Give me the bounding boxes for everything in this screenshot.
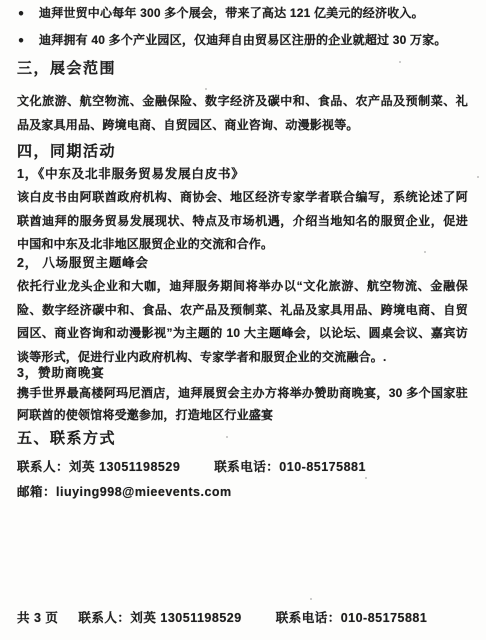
contact-person-label: 联系人： — [17, 460, 69, 475]
contact-line-person-phone: 联系人： 刘英 13051198529 联系电话： 010-85175881 — [17, 460, 468, 475]
paragraph-dinner: 携手世界最高楼阿玛尼酒店，迪拜展贸会主办方将举办赞助商晚宴，30 多个国家驻阿联… — [17, 382, 468, 426]
contact-phone-label: 联系电话： — [214, 460, 279, 475]
page-footer: 共 3 页 联系人： 刘英 13051198529 联系电话： 010-8517… — [17, 611, 427, 626]
bullet-text: 迪拜拥有 40 多个产业园区，仅迪拜自由贸易区注册的企业就超过 30 万家。 — [39, 33, 447, 48]
footer-person-label: 联系人： — [78, 611, 130, 626]
scan-speck — [205, 88, 207, 90]
footer-phone-value: 010-85175881 — [341, 611, 428, 626]
paragraph-summits: 依托行业龙头企业和大咖，迪拜服务期间将举办以“文化旅游、航空物流、金融保险、数字… — [17, 275, 468, 369]
contact-email-value: liuying998@mieevents.com — [56, 485, 232, 500]
scan-speck — [310, 598, 312, 600]
paragraph-whitepaper: 该白皮书由阿联酋政府机构、商协会、地区经济专家学者联合编写，系统论述了阿联酋迪拜… — [17, 186, 468, 257]
event-item-title-dinner: 3，赞助商晚宴 — [17, 366, 468, 381]
scan-speck — [365, 477, 367, 479]
bullet-text: 迪拜世贸中心每年 300 多个展会，带来了高达 121 亿美元的经济收入。 — [39, 6, 424, 21]
section-heading-contact: 五、联系方式 — [17, 430, 468, 447]
scan-speck — [477, 176, 479, 178]
list-item: ● 迪拜世贸中心每年 300 多个展会，带来了高达 121 亿美元的经济收入。 — [17, 6, 468, 21]
bullet-icon: ● — [17, 33, 39, 48]
paragraph-scope: 文化旅游、航空物流、金融保险、数字经济及碳中和、食品、农产品及预制菜、礼品及家具… — [17, 90, 468, 137]
bullet-list: ● 迪拜世贸中心每年 300 多个展会，带来了高达 121 亿美元的经济收入。 … — [17, 6, 468, 60]
contact-phone-value: 010-85175881 — [279, 460, 366, 475]
bullet-icon: ● — [17, 6, 39, 21]
scan-speck — [399, 61, 401, 63]
contact-email-label: 邮箱： — [17, 485, 56, 500]
list-item: ● 迪拜拥有 40 多个产业园区，仅迪拜自由贸易区注册的企业就超过 30 万家。 — [17, 33, 468, 48]
contact-person-value: 刘英 13051198529 — [69, 460, 180, 475]
footer-page-count: 共 3 页 — [17, 611, 58, 626]
event-item-title-whitepaper: 1，《中东及北非服务贸易发展白皮书》 — [17, 167, 468, 182]
contact-line-email: 邮箱： liuying998@mieevents.com — [17, 485, 468, 500]
event-item-title-summits: 2， 八场服贸主题峰会 — [17, 256, 468, 271]
section-heading-events: 四，同期活动 — [17, 143, 468, 160]
footer-person-value: 刘英 13051198529 — [130, 611, 241, 626]
footer-phone-label: 联系电话： — [276, 611, 341, 626]
scanned-document-page: ● 迪拜世贸中心每年 300 多个展会，带来了高达 121 亿美元的经济收入。 … — [0, 0, 486, 640]
scan-speck — [424, 251, 426, 253]
scan-speck — [226, 436, 228, 438]
